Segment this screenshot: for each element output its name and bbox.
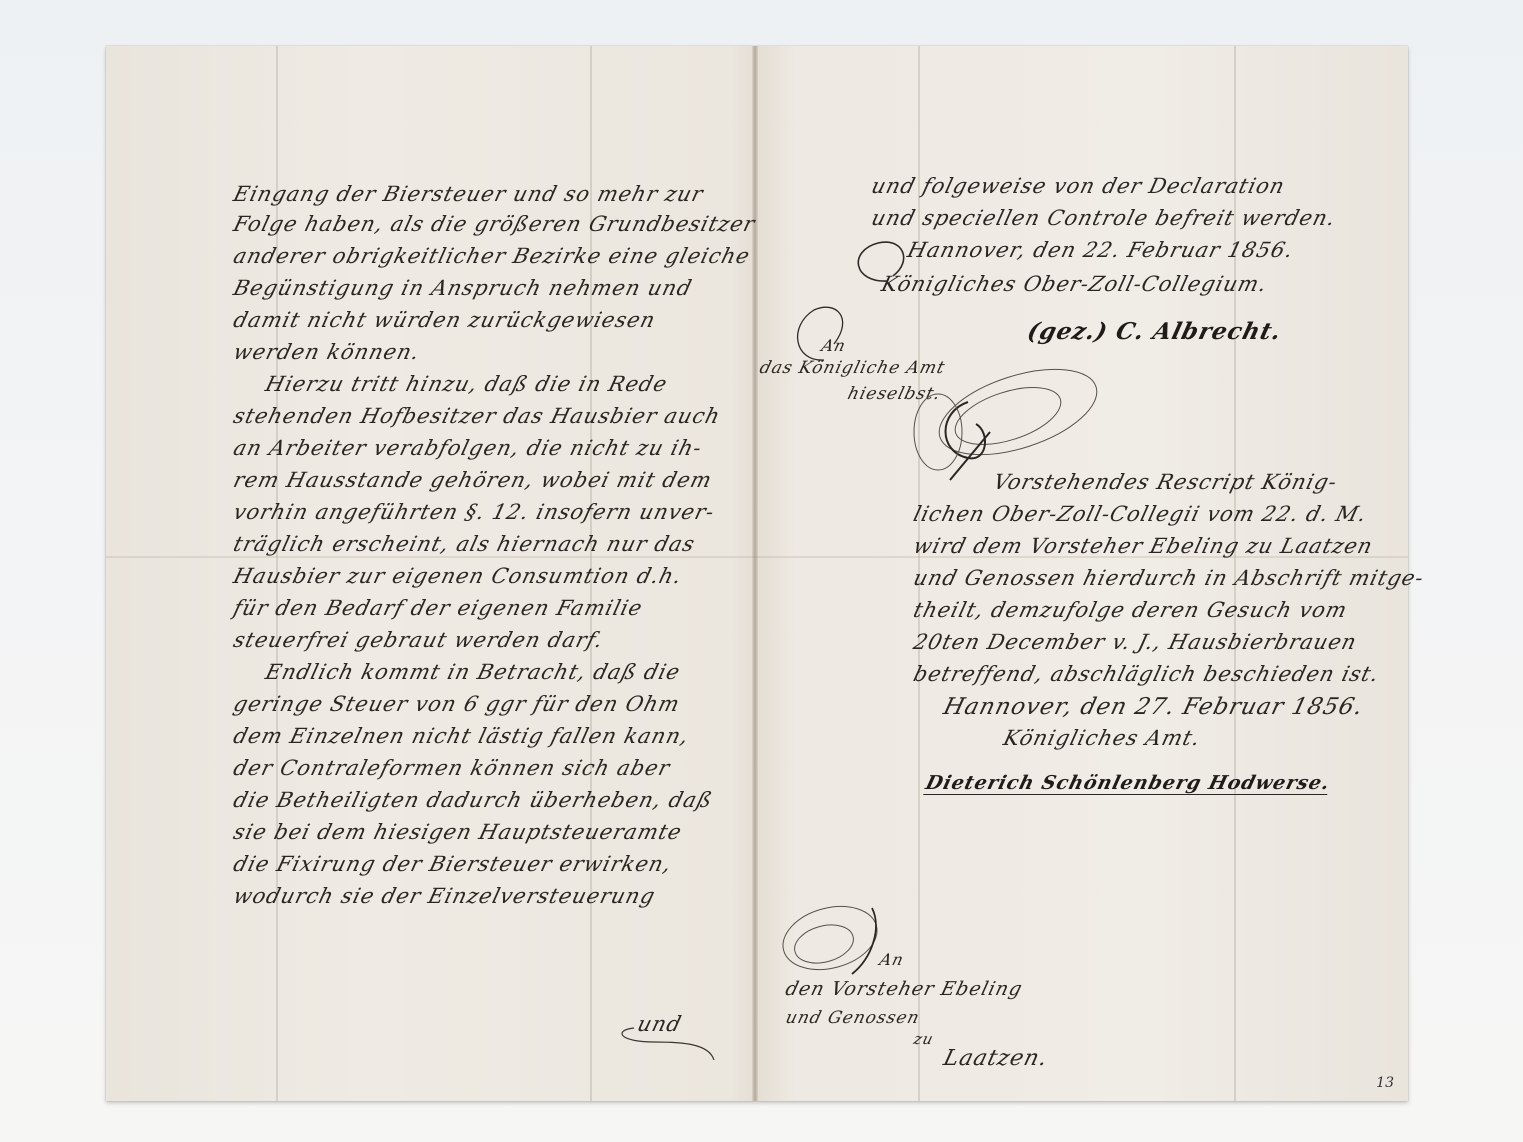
text-line: und Genossen hierdurch in Abschrift mitg… xyxy=(911,566,1427,590)
text-line: lichen Ober-Zoll-Collegii vom 22. d. M. xyxy=(911,502,1370,526)
address-flourish-icon xyxy=(772,898,892,988)
signature: Dieterich Schönlenberg Hodwerse. xyxy=(923,772,1332,795)
text-line: werden können. xyxy=(231,340,423,364)
text-line: 20ten December v. J., Hausbierbrauen xyxy=(911,630,1360,654)
text-line: vorhin angeführten §. 12. insofern unver… xyxy=(231,500,717,524)
address-line: den Vorsteher Ebeling xyxy=(783,978,1025,1000)
issuing-authority: Königliches Amt. xyxy=(1001,726,1203,750)
right-page: und folgeweise von der Declaration und s… xyxy=(758,46,1408,1101)
address-line: und Genossen xyxy=(784,1008,922,1028)
issuing-authority: Königliches Ober-Zoll-Collegium. xyxy=(879,272,1270,296)
text-line: wird dem Vorsteher Ebeling zu Laatzen xyxy=(911,534,1376,558)
dateline: Hannover, den 27. Februar 1856. xyxy=(941,694,1366,720)
text-line: anderer obrigkeitlicher Bezirke eine gle… xyxy=(231,244,753,268)
text-line: träglich erscheint, als hiernach nur das xyxy=(231,532,698,556)
text-line: Hierzu tritt hinzu, daß die in Rede xyxy=(263,372,670,396)
text-line: stehenden Hofbesitzer das Hausbier auch xyxy=(231,404,723,428)
left-page: Eingang der Biersteuer und so mehr zur F… xyxy=(106,46,754,1101)
text-line: dem Einzelnen nicht lästig fallen kann, xyxy=(231,724,692,748)
text-line: sie bei dem hiesigen Hauptsteueramte xyxy=(231,820,685,844)
address-salutation: An xyxy=(878,950,907,969)
text-line: Endlich kommt in Betracht, daß die xyxy=(263,660,683,684)
address-line: Laatzen. xyxy=(941,1046,1051,1071)
letter-sheet: Eingang der Biersteuer und so mehr zur F… xyxy=(106,46,1408,1101)
text-line: an Arbeiter verabfolgen, die nicht zu ih… xyxy=(231,436,705,460)
text-line: steuerfrei gebraut werden darf. xyxy=(231,628,606,652)
text-line: für den Bedarf der eigenen Familie xyxy=(231,596,645,620)
dateline: Hannover, den 22. Februar 1856. xyxy=(905,238,1296,262)
text-line: Folge haben, als die größeren Grundbesit… xyxy=(231,212,758,236)
signature: (gez.) C. Albrecht. xyxy=(1025,318,1285,345)
text-line: die Fixirung der Biersteuer erwirken, xyxy=(231,852,674,876)
text-line: theilt, demzufolge deren Gesuch vom xyxy=(911,598,1350,622)
text-line: Eingang der Biersteuer und so mehr zur xyxy=(231,182,706,206)
text-line: rem Hausstande gehören, wobei mit dem xyxy=(231,468,715,492)
text-line: geringe Steuer von 6 ggr für den Ohm xyxy=(231,692,683,716)
text-line: wodurch sie der Einzelversteuerung xyxy=(231,884,658,908)
text-line: damit nicht würden zurückgewiesen xyxy=(231,308,658,332)
catchword-flourish-icon xyxy=(614,1016,724,1066)
text-line: Vorstehendes Rescript König- xyxy=(991,470,1340,494)
text-line: und speciellen Controle befreit werden. xyxy=(869,206,1338,230)
address-salutation: An xyxy=(820,336,849,355)
text-line: die Betheiligten dadurch überheben, daß xyxy=(231,788,715,812)
text-line: Hausbier zur eigenen Consumtion d.h. xyxy=(231,564,685,588)
text-line: der Contraleformen können sich aber xyxy=(231,756,673,780)
page-number: 13 xyxy=(1376,1075,1394,1091)
text-line: betreffend, abschläglich beschieden ist. xyxy=(911,662,1382,686)
text-line: und folgeweise von der Declaration xyxy=(869,174,1288,198)
address-flourish-icon xyxy=(784,296,864,366)
address-line: zu xyxy=(912,1030,936,1048)
text-line: Begünstigung in Anspruch nehmen und xyxy=(231,276,695,300)
